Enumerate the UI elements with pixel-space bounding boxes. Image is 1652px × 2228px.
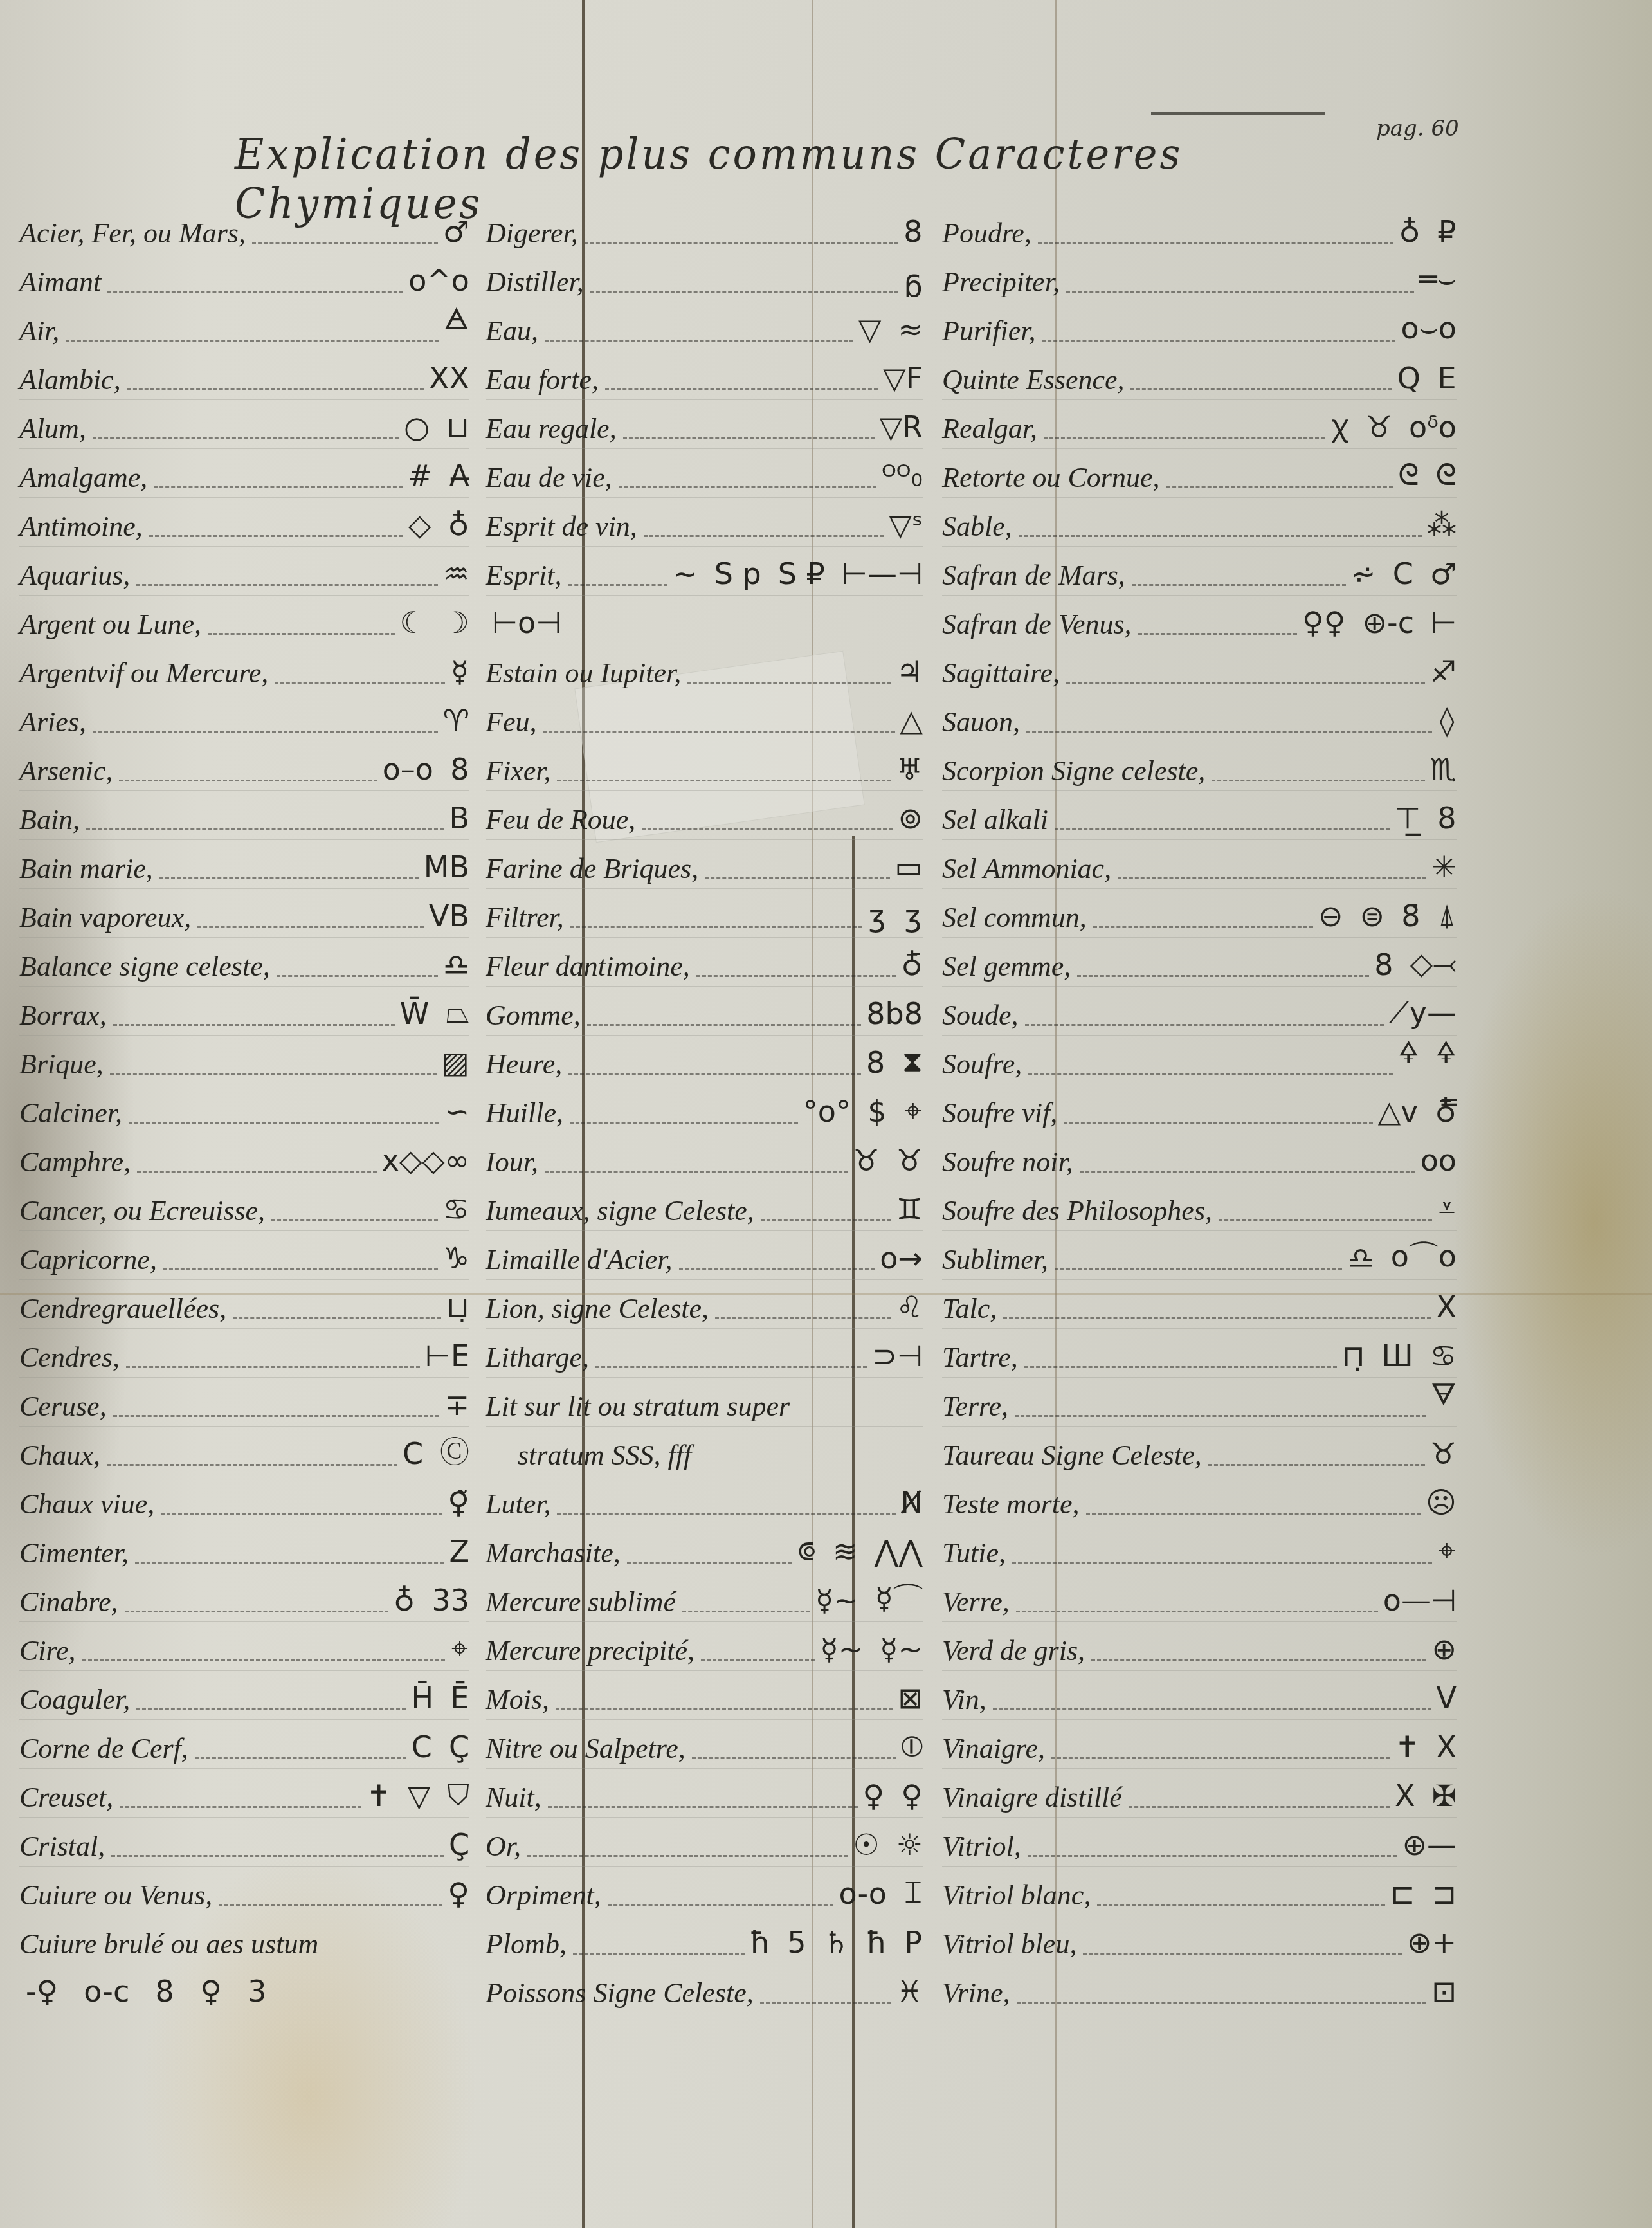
entry-symbols: ꭓ♉oᵟo xyxy=(1330,405,1457,448)
symbol-entry: Sel alkali⊤̲8 xyxy=(942,791,1457,840)
entry-term: Vrine, xyxy=(942,1979,1010,2013)
entry-symbols: ⊖⊜8̄⍋ xyxy=(1318,897,1457,937)
alchemical-symbol-icon: ♒ xyxy=(443,556,469,591)
dot-leader xyxy=(126,1366,420,1368)
alchemical-symbol-icon: ⍋ xyxy=(1437,897,1457,933)
dot-leader xyxy=(1129,1806,1390,1808)
dot-leader xyxy=(233,1317,441,1319)
alchemical-symbol-icon: Ç xyxy=(449,1827,469,1862)
alchemical-symbol-icon: ʒ xyxy=(867,899,887,933)
alchemical-symbol-icon: 8̄ xyxy=(1401,899,1421,933)
dot-leader xyxy=(86,828,444,830)
symbol-entry: Safran de Venus,♀♀⊕-c⊢ xyxy=(942,596,1457,644)
dot-leader xyxy=(1025,1024,1384,1026)
symbol-entry: Cendres,⊢E xyxy=(19,1329,469,1378)
symbol-entry: Sublimer,♎o⌒o xyxy=(942,1231,1457,1280)
entry-term: Safran de Venus, xyxy=(942,610,1132,644)
symbol-entry: Cimenter,Z xyxy=(19,1524,469,1573)
alchemical-symbol-icon: Ш xyxy=(1382,1338,1413,1373)
dot-leader xyxy=(548,1806,858,1808)
dot-leader xyxy=(682,1611,810,1612)
entry-term: Eau regale, xyxy=(486,415,617,448)
dot-leader xyxy=(557,1513,895,1515)
alchemical-symbol-icon: ♉ xyxy=(1366,410,1392,444)
symbol-entry: Balance signe celeste,♎ xyxy=(19,938,469,987)
entry-symbols: ⊚ xyxy=(898,801,923,839)
symbol-entry: Aries,♈ xyxy=(19,693,469,742)
alchemical-symbol-icon: 8 xyxy=(1374,947,1393,982)
entry-symbols: ⊃⊣ xyxy=(872,1338,923,1377)
symbol-entry: Scorpion Signe celeste,♏ xyxy=(942,742,1457,791)
alchemical-symbol-icon: ⊜ xyxy=(1359,899,1384,933)
entry-term: Scorpion Signe celeste, xyxy=(942,757,1205,790)
entry-symbols: ✝X xyxy=(1395,1730,1457,1768)
entry-symbols: B xyxy=(449,801,469,839)
symbol-entry: Vrine,⊡ xyxy=(942,1964,1457,2013)
entry-term: Vitriol, xyxy=(942,1832,1021,1866)
alchemical-symbol-icon: ♀̃ xyxy=(448,1485,469,1520)
dot-leader xyxy=(585,242,898,244)
dot-leader xyxy=(82,1659,445,1661)
entry-symbols: MB xyxy=(424,850,469,888)
dot-leader xyxy=(1015,1415,1426,1417)
alchemical-symbol-icon: ᴼᴼ₀ xyxy=(882,459,923,493)
alchemical-symbol-icon: MB xyxy=(424,850,469,884)
entry-term: Coaguler, xyxy=(19,1686,130,1719)
symbol-entry: Sel Ammoniac,✳ xyxy=(942,840,1457,889)
entry-symbols: ♀♀⊕-c⊢ xyxy=(1302,605,1457,644)
alchemical-symbol-icon: S ₽ xyxy=(778,556,825,591)
alchemical-symbol-icon: 8b8 xyxy=(866,996,923,1031)
dot-leader xyxy=(557,780,891,781)
alchemical-symbol-icon: N̸ xyxy=(901,1485,923,1520)
symbol-entry: Cire,⌖ xyxy=(19,1622,469,1671)
alchemical-symbol-icon: ▽ xyxy=(858,312,881,347)
dot-leader xyxy=(760,2002,891,2004)
entry-term: Brique, xyxy=(19,1050,104,1084)
symbol-entry: Huille,°o°$⌖ xyxy=(486,1084,923,1133)
alchemical-symbol-icon: ⊠ xyxy=(898,1681,923,1715)
alchemical-symbol-icon: △v xyxy=(1378,1094,1419,1129)
alchemical-symbol-icon: ♑ xyxy=(443,1241,469,1275)
entry-term: Teste morte, xyxy=(942,1490,1080,1524)
entry-symbols: △ xyxy=(900,703,923,742)
symbol-entry: Capricorne,♑ xyxy=(19,1231,469,1280)
dot-leader xyxy=(195,1757,406,1759)
alchemical-symbol-icon: o→ xyxy=(880,1241,923,1275)
alchemical-symbol-icon: ⌖ xyxy=(1437,1533,1457,1569)
symbol-entry: Air,🜁 xyxy=(19,302,469,351)
alchemical-symbol-icon: XX xyxy=(429,361,469,396)
symbol-entry: Eau forte,▽F xyxy=(486,351,923,400)
entry-symbols: ☿ xyxy=(450,654,469,693)
alchemical-symbol-icon: 8 xyxy=(866,1045,885,1080)
symbol-entry: Fleur dantimoine,♁̄ xyxy=(486,938,923,987)
symbol-entry: Cuiure brulé ou aes ustum xyxy=(19,1915,469,1964)
alchemical-symbol-icon: ~ xyxy=(673,556,698,591)
entry-term: Creuset, xyxy=(19,1784,113,1817)
entry-term: Cancer, ou Ecreuisse, xyxy=(19,1197,265,1230)
symbol-entry: stratum SSS, fff xyxy=(486,1427,923,1475)
symbol-entry: Cinabre,♁33 xyxy=(19,1573,469,1622)
alchemical-symbol-icon: ʒ xyxy=(903,899,923,933)
symbol-entry: Verre,o—⊣ xyxy=(942,1573,1457,1622)
alchemical-symbol-icon: ☉ xyxy=(853,1827,880,1862)
entry-symbols: ♀♀ xyxy=(863,1778,923,1817)
symbol-entry: Teste morte,☹ xyxy=(942,1475,1457,1524)
entry-symbols: ᘓᘓ xyxy=(1398,457,1457,497)
alchemical-symbol-icon: X xyxy=(1436,1290,1457,1324)
symbol-entry: Argentvif ou Mercure,☿ xyxy=(19,644,469,693)
dot-leader xyxy=(154,486,403,488)
entry-term: Fixer, xyxy=(486,757,550,790)
alchemical-symbol-icon: VB xyxy=(429,899,469,933)
entry-term: Cendres, xyxy=(19,1344,120,1377)
alchemical-symbol-icon: 3 xyxy=(248,1974,267,2009)
alchemical-symbol-icon: ⌶ xyxy=(903,1875,923,1911)
entry-term: Aquarius, xyxy=(19,562,130,595)
alchemical-symbol-icon: ⊢o⊣ xyxy=(492,605,561,640)
entry-term: Eau forte, xyxy=(486,366,599,399)
alchemical-symbol-icon: Z xyxy=(449,1534,469,1569)
dot-leader xyxy=(545,1171,848,1173)
entry-symbols: ⦶ xyxy=(902,1728,923,1768)
entry-term: Farine de Briques, xyxy=(486,855,698,888)
entry-symbols: ᴼᴼ₀ xyxy=(882,459,923,497)
entry-term: Fleur dantimoine, xyxy=(486,953,690,986)
dot-leader xyxy=(605,388,878,390)
symbol-entry: Cuiure ou Venus,♀ xyxy=(19,1867,469,1915)
entry-term: Cimenter, xyxy=(19,1539,129,1573)
alchemical-symbol-icon: ♌ xyxy=(896,1290,923,1324)
alchemical-symbol-icon: ♉ xyxy=(1430,1436,1457,1471)
entry-term: Vitriol bleu, xyxy=(942,1930,1076,1964)
alchemical-symbol-icon: ▽F xyxy=(883,361,923,396)
dot-leader xyxy=(107,291,403,293)
alchemical-symbol-icon: # xyxy=(408,459,433,493)
alchemical-symbol-icon: 🜍 xyxy=(1398,1019,1419,1080)
entry-term: Nitre ou Salpetre, xyxy=(486,1735,685,1768)
symbol-entry: Lit sur lit ou stratum super xyxy=(486,1378,923,1427)
entry-symbols: Z xyxy=(449,1534,469,1573)
alchemical-symbol-icon: ✝ xyxy=(1395,1730,1420,1764)
symbol-entry: Cristal,Ç xyxy=(19,1818,469,1867)
alchemical-symbol-icon: ⊖ xyxy=(1318,899,1343,933)
alchemical-symbol-icon: ⊢—⊣ xyxy=(842,556,923,591)
dot-leader xyxy=(619,486,876,488)
symbol-entry: Acier, Fer, ou Mars,♂ xyxy=(19,205,469,253)
entry-term: Limaille d'Acier, xyxy=(486,1246,673,1279)
entry-term: Argent ou Lune, xyxy=(19,610,201,644)
dot-leader xyxy=(275,682,445,684)
symbol-entry: Eau regale,▽R xyxy=(486,400,923,449)
alchemical-symbol-icon: ₽ xyxy=(1437,214,1457,249)
alchemical-symbol-icon: P xyxy=(903,1925,923,1960)
entry-term: Digerer, xyxy=(486,219,578,253)
alchemical-symbol-icon: ♈ xyxy=(443,703,469,738)
dot-leader xyxy=(137,1171,377,1173)
entry-symbols: 8◇⤙ xyxy=(1374,946,1457,986)
entry-symbols: ᵷ xyxy=(903,263,923,302)
alchemical-symbol-icon: ⛉ xyxy=(448,1777,470,1813)
entry-symbols: ⊤̲8 xyxy=(1395,801,1457,839)
symbol-entry: Iour,♉♉ xyxy=(486,1133,923,1182)
entry-symbols: o–o8 xyxy=(383,752,469,790)
entry-symbols: 8 xyxy=(903,214,923,253)
symbol-entry: Marchasite,⟃≋⋀⋀ xyxy=(486,1524,923,1573)
entry-symbols: 8⧗ xyxy=(866,1044,923,1084)
dot-leader xyxy=(527,1855,848,1857)
alchemical-symbol-icon: ▽R xyxy=(880,410,923,444)
dot-leader xyxy=(692,1757,896,1759)
entry-symbols: ♏ xyxy=(1430,752,1457,790)
dot-leader xyxy=(252,242,438,244)
entry-symbols: ♅ xyxy=(896,752,923,790)
alchemical-symbol-icon: ▭ xyxy=(895,850,923,884)
dot-leader xyxy=(161,1513,442,1515)
alchemical-symbol-icon: 8 xyxy=(1437,801,1457,835)
entry-term: Purifier, xyxy=(942,317,1035,351)
symbol-entry: Iumeaux, signe Celeste,♊ xyxy=(486,1182,923,1231)
entry-term: Sagittaire, xyxy=(942,659,1060,693)
alchemical-symbol-icon: ♀ xyxy=(863,1778,885,1813)
alchemical-symbol-icon: ☿~ xyxy=(815,1583,858,1618)
entry-term: Estain ou Iupiter, xyxy=(486,659,681,693)
symbol-entry: Quinte Essence,QE xyxy=(942,351,1457,400)
dot-leader xyxy=(125,1611,388,1612)
entry-term: Verre, xyxy=(942,1588,1010,1621)
alchemical-symbol-icon: ♐ xyxy=(1430,654,1457,689)
dot-leader xyxy=(1044,437,1325,439)
dot-leader xyxy=(623,437,875,439)
alchemical-symbol-icon: ≋ xyxy=(833,1534,858,1569)
dot-leader xyxy=(595,1366,867,1368)
alchemical-symbol-icon: ∓ xyxy=(444,1387,469,1422)
entry-term: Soufre, xyxy=(942,1050,1022,1084)
dot-leader xyxy=(1066,291,1414,293)
dot-leader xyxy=(159,877,419,879)
alchemical-symbol-icon: ▽ˢ xyxy=(889,507,923,542)
symbol-column-2: Digerer,8Distiller,ᵷEau,▽≈Eau forte,▽FEa… xyxy=(486,205,923,2013)
symbol-entry: Eau,▽≈ xyxy=(486,302,923,351)
dot-leader xyxy=(110,1073,437,1075)
entry-term: Lit sur lit ou stratum super xyxy=(486,1392,790,1426)
alchemical-symbol-icon: o–o xyxy=(383,752,433,787)
entry-symbols: oo xyxy=(1421,1143,1457,1182)
dot-leader xyxy=(127,388,424,390)
symbol-entry: Heure,8⧗ xyxy=(486,1036,923,1084)
entry-symbols: V xyxy=(1437,1681,1457,1719)
entry-term: Safran de Mars, xyxy=(942,562,1125,595)
entry-symbols: ☾☽ xyxy=(400,605,470,644)
entry-symbols: o—⊣ xyxy=(1383,1583,1457,1621)
entry-term: Alum, xyxy=(19,415,86,448)
symbol-entry: Taureau Signe Celeste,♉ xyxy=(942,1427,1457,1475)
alchemical-symbol-icon: o⌒o xyxy=(1391,1233,1457,1275)
symbol-entry: Borrax,W̄⏢ xyxy=(19,987,469,1036)
alchemical-symbol-icon: 8 xyxy=(450,752,469,787)
alchemical-symbol-icon: X xyxy=(1436,1730,1457,1764)
alchemical-symbol-icon: 5 xyxy=(787,1925,806,1960)
entry-symbols: ~S pS ₽⊢—⊣ xyxy=(673,556,923,595)
dot-leader xyxy=(1097,1904,1385,1906)
entry-term: Eau, xyxy=(486,317,538,351)
entry-term: Bain vaporeux, xyxy=(19,904,191,937)
entry-term: Vinaigre, xyxy=(942,1735,1045,1768)
entry-symbols: ♀ xyxy=(448,1876,469,1915)
symbol-entry: Cancer, ou Ecreuisse,♋ xyxy=(19,1182,469,1231)
alchemical-symbol-icon: ✠ xyxy=(1431,1778,1457,1813)
alchemical-symbol-icon: ⊐ xyxy=(1431,1876,1457,1911)
alchemical-symbol-icon: ⟃ xyxy=(797,1533,816,1569)
symbol-entry: Eau de vie,ᴼᴼ₀ xyxy=(486,449,923,498)
symbol-entry: Bain marie,MB xyxy=(19,840,469,889)
entry-symbols: ☿~☿~ xyxy=(820,1632,923,1670)
entry-symbols: ♑ xyxy=(443,1241,469,1279)
entry-term: Eau de vie, xyxy=(486,464,612,497)
alchemical-symbol-icon: ⊕+ xyxy=(1407,1925,1457,1960)
entry-symbols: x◇◇∞ xyxy=(382,1143,469,1182)
dot-leader xyxy=(136,584,437,586)
dot-leader xyxy=(1028,1855,1397,1857)
symbol-entry: Sel commun,⊖⊜8̄⍋ xyxy=(942,889,1457,938)
entry-symbols: -♀o-c8♀3 xyxy=(19,1974,267,2013)
entry-term: Poudre, xyxy=(942,219,1031,253)
alchemical-symbol-icon: S p xyxy=(714,556,761,591)
symbol-entry: Cendregrauellées,⊔̣ xyxy=(19,1280,469,1329)
alchemical-symbol-icon: ◊ xyxy=(1437,703,1457,738)
alchemical-symbol-icon: ⊡ xyxy=(1431,1974,1457,2009)
entry-term: Esprit, xyxy=(486,562,562,595)
entry-term: Cuiure brulé ou aes ustum xyxy=(19,1930,318,1964)
dot-leader xyxy=(163,1268,438,1270)
alchemical-symbol-icon: 🜍 xyxy=(1436,1019,1457,1080)
entry-symbols: QE xyxy=(1397,361,1457,399)
symbol-entry: Soufre vif,△v♁̿ xyxy=(942,1084,1457,1133)
dot-leader xyxy=(627,1562,792,1564)
entry-symbols: ♎o⌒o xyxy=(1347,1233,1457,1279)
entry-term: Sel commun, xyxy=(942,904,1087,937)
dot-leader xyxy=(587,1024,861,1026)
alchemical-symbol-icon: 🜃 xyxy=(1431,1362,1457,1422)
entry-symbols: X✠ xyxy=(1395,1778,1457,1817)
alchemical-symbol-icon: ☿~ xyxy=(820,1632,863,1666)
symbol-entry: Vinaigre,✝X xyxy=(942,1720,1457,1769)
symbol-entry: Tartre,⊓̣Ш♋ xyxy=(942,1329,1457,1378)
entry-symbols: ♎ xyxy=(443,947,469,986)
dot-leader xyxy=(556,1708,893,1710)
dot-leader xyxy=(113,1415,440,1417)
entry-term: Aries, xyxy=(19,708,86,742)
entry-symbols: ○⊔ xyxy=(404,410,469,448)
alchemical-symbol-icon: ♉ xyxy=(853,1143,880,1178)
alchemical-symbol-icon: A̶ xyxy=(449,459,469,493)
entry-symbols: #A̶ xyxy=(408,459,469,497)
entry-symbols: ♈ xyxy=(443,703,469,742)
alchemical-symbol-icon: ♁ xyxy=(1399,214,1421,249)
alchemical-symbol-icon: ♁ xyxy=(448,507,469,542)
entry-symbols: ☉☼ xyxy=(853,1827,923,1866)
entry-symbols: ▽F xyxy=(883,361,923,399)
entry-symbols: ▨ xyxy=(442,1045,469,1084)
symbol-entry: Terre,🜃 xyxy=(942,1378,1457,1427)
symbol-entry: -♀o-c8♀3 xyxy=(19,1964,469,2013)
entry-term: Heure, xyxy=(486,1050,562,1084)
entry-symbols: ʒʒ xyxy=(867,899,923,937)
entry-symbols: △v♁̿ xyxy=(1378,1094,1457,1133)
symbol-entry: Bain,B xyxy=(19,791,469,840)
symbol-entry: Realgar,ꭓ♉oᵟo xyxy=(942,400,1457,449)
alchemical-symbol-icon: o—⊣ xyxy=(1383,1583,1457,1618)
entry-term: Lion, signe Celeste, xyxy=(486,1295,709,1328)
alchemical-symbol-icon: ✝ xyxy=(367,1778,392,1813)
entry-term: Borrax, xyxy=(19,1001,107,1035)
dot-leader xyxy=(93,731,438,733)
alchemical-symbol-icon: ☼ xyxy=(896,1827,923,1862)
entry-symbols: N̸ xyxy=(901,1485,923,1524)
alchemical-symbol-icon: ᘓ xyxy=(1436,457,1457,493)
alchemical-symbol-icon: 33 xyxy=(431,1583,469,1618)
dot-leader xyxy=(1016,1611,1378,1612)
entry-symbols: W̄⏢ xyxy=(400,995,469,1035)
entry-term: Soufre noir, xyxy=(942,1148,1073,1182)
alchemical-symbol-icon: Q xyxy=(1397,361,1421,396)
alchemical-symbol-icon: 8 xyxy=(903,214,923,249)
header-rule xyxy=(1151,112,1325,115)
dot-leader xyxy=(1066,682,1425,684)
dot-leader xyxy=(701,1659,815,1661)
alchemical-symbol-icon: 🜁 xyxy=(444,286,469,347)
symbol-entry: Mercure precipité,☿~☿~ xyxy=(486,1622,923,1671)
entry-term: Vinaigre distillé xyxy=(942,1784,1122,1817)
entry-symbols: ☿~☿⌒ xyxy=(815,1575,923,1621)
symbol-entry: Precipiter,═⌣ xyxy=(942,253,1457,302)
symbol-entry: Vitriol bleu,⊕+ xyxy=(942,1915,1457,1964)
alchemical-symbol-icon: $ xyxy=(867,1094,887,1129)
entry-symbols: 🜁 xyxy=(444,286,469,351)
entry-symbols: ♋ xyxy=(443,1192,469,1230)
entry-term: Huille, xyxy=(486,1099,563,1133)
alchemical-symbol-icon: Ⓒ xyxy=(440,1429,469,1471)
dot-leader xyxy=(66,340,438,342)
symbol-entry: Feu de Roue,⊚ xyxy=(486,791,923,840)
dot-leader xyxy=(1024,1366,1337,1368)
symbol-entry: Alum,○⊔ xyxy=(19,400,469,449)
dot-leader xyxy=(136,1708,406,1710)
alchemical-symbol-icon: oᵟo xyxy=(1409,410,1457,444)
symbol-entry: Vin,V xyxy=(942,1671,1457,1720)
entry-term: Feu, xyxy=(486,708,536,742)
entry-symbols: ⩫C♂ xyxy=(1351,556,1457,595)
alchemical-symbol-icon: oo xyxy=(1421,1143,1457,1178)
symbol-entry: Orpiment,o-o⌶ xyxy=(486,1867,923,1915)
alchemical-symbol-icon: ♉ xyxy=(896,1143,923,1178)
symbol-entry: Camphre,x◇◇∞ xyxy=(19,1133,469,1182)
symbol-entry: Arsenic,o–o8 xyxy=(19,742,469,791)
alchemical-symbol-icon: ∽ xyxy=(444,1094,469,1129)
symbol-entry: Mois,⊠ xyxy=(486,1671,923,1720)
dot-leader xyxy=(644,535,884,537)
entry-term: Or, xyxy=(486,1832,521,1866)
symbol-entry: Bain vaporeux,VB xyxy=(19,889,469,938)
alchemical-symbol-icon: ♀ xyxy=(448,1876,469,1911)
entry-term: Filtrer, xyxy=(486,904,564,937)
entry-term: Sable, xyxy=(942,513,1012,546)
alchemical-symbol-icon: ⊏ xyxy=(1390,1876,1415,1911)
entry-symbols: ▽R xyxy=(880,410,923,448)
entry-term: Litharge, xyxy=(486,1344,589,1377)
symbol-entry: Gomme,8b8 xyxy=(486,987,923,1036)
